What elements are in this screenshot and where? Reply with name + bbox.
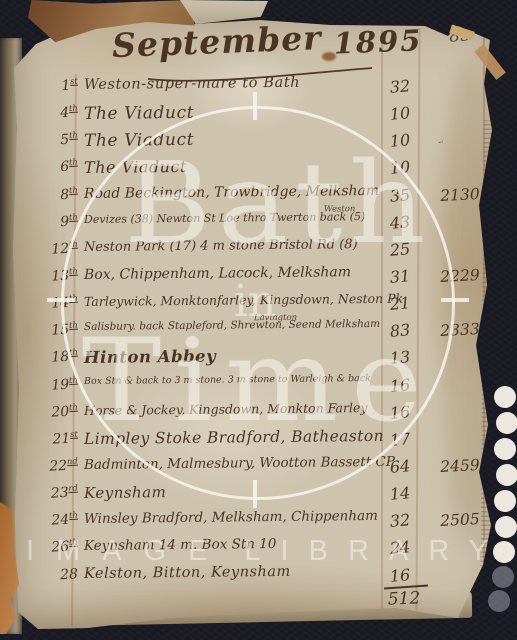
row-date: 21 xyxy=(52,431,71,448)
watermark-tick-top xyxy=(253,92,257,120)
row-date-suffix: th xyxy=(69,320,78,330)
ledger-row: 28 Kelston, Bitton, Keynsham 16 xyxy=(0,566,517,593)
row-miles: 17 xyxy=(377,428,422,451)
row-date: 18 xyxy=(51,349,70,366)
page-edge-scallop xyxy=(494,386,516,408)
ledger-row: 1st Weston-super-mare to Bath 32 xyxy=(0,77,517,104)
ledger-row: 26th Keynsham 14 m. Box Stn 10 24 xyxy=(0,538,517,565)
row-miles: 21 xyxy=(377,292,422,315)
photo-of-ledger-page: September1895 85 1st Weston-super-mare t… xyxy=(0,0,517,640)
row-cumulative: 2333 xyxy=(430,320,491,341)
row-entry: Tarleywick, Monktonfarley, Kingsdown, Ne… xyxy=(84,291,403,309)
row-date-suffix: th xyxy=(69,157,78,167)
row-date-suffix: st xyxy=(70,428,78,438)
row-date: 13 xyxy=(51,268,70,285)
row-miles: 64 xyxy=(377,455,422,478)
row-miles: 32 xyxy=(377,509,422,532)
page-edge-scallop xyxy=(492,566,514,588)
row-annotation: Weston xyxy=(324,204,356,214)
row-cumulative: 2505 xyxy=(430,510,491,531)
row-entry: Limpley Stoke Bradford, Batheaston xyxy=(84,427,384,448)
row-miles: 25 xyxy=(377,238,422,261)
page-edge-scallop xyxy=(493,541,515,563)
title-year: 1895 xyxy=(333,23,423,60)
row-date-suffix: th xyxy=(69,130,78,140)
row-miles: 16 xyxy=(377,374,422,397)
row-date: 19 xyxy=(51,376,70,393)
ledger-page: September1895 85 1st Weston-super-mare t… xyxy=(0,0,517,640)
row-miles: 83 xyxy=(377,319,422,342)
row-date-suffix: th xyxy=(69,401,78,411)
page-edge-scallop xyxy=(494,438,516,460)
row-miles: 10 xyxy=(377,129,422,152)
row-date: 12 xyxy=(51,241,70,258)
row-date: 20 xyxy=(51,403,70,420)
ledger-row: 9th WestonDevizes (38) Newton St Loe thr… xyxy=(0,213,517,240)
watermark-tick-right xyxy=(441,298,469,302)
row-miles: 35 xyxy=(377,184,422,207)
row-date-suffix: th xyxy=(69,347,78,357)
row-entry: Horse & Jockey, Kingsdown, Monkton Farle… xyxy=(84,400,368,418)
row-miles: 32 xyxy=(377,75,422,98)
ledger-row: 6th The Viaduct 10 xyxy=(0,158,517,185)
ledger-rows: 1st Weston-super-mare to Bath 32 4th The… xyxy=(0,77,517,593)
row-date: 24 xyxy=(51,512,70,529)
row-cumulative: 2130 xyxy=(430,184,491,205)
row-date-suffix: th xyxy=(69,211,78,221)
row-entry: The Viaduct xyxy=(84,157,187,177)
row-entry: The Viaduct xyxy=(84,130,194,151)
ledger-row: 18th Hinton Abbey 13 xyxy=(0,348,517,375)
row-entry: Weston-super-mare to Bath xyxy=(84,75,300,93)
page-edge-scallop xyxy=(488,590,510,612)
watermark-tick-bottom xyxy=(253,480,257,508)
row-miles: 14 xyxy=(377,482,422,505)
row-entry: Winsley Bradford, Melksham, Chippenham xyxy=(84,508,378,527)
row-date-suffix: nd xyxy=(67,456,78,467)
row-entry: Kelston, Bitton, Keynsham xyxy=(84,563,291,581)
row-entry: Box, Chippenham, Lacock, Melksham xyxy=(84,264,351,283)
row-entry: The Viaduct xyxy=(84,103,194,124)
ledger-row: 4th The Viaduct 10 xyxy=(0,104,517,131)
page-edge-scallop xyxy=(496,464,517,486)
row-entry: Hinton Abbey xyxy=(84,347,216,367)
row-cumulative: 2229 xyxy=(430,265,491,286)
row-date-suffix: th xyxy=(69,103,78,113)
title-month: September xyxy=(111,18,322,65)
ledger-row: 12th Neston Park (17) 4 m stone Bristol … xyxy=(0,240,517,267)
row-entry: Road Beckington, Trowbridge, Melksham xyxy=(84,182,379,201)
row-date-suffix: th xyxy=(69,374,78,384)
row-date-suffix: st xyxy=(70,76,78,86)
row-date: 23 xyxy=(50,485,69,502)
ledger-row: 20th Horse & Jockey, Kingsdown, Monkton … xyxy=(0,403,517,430)
ledger-row: 24th Winsley Bradford, Melksham, Chippen… xyxy=(0,511,517,538)
row-date-suffix: rd xyxy=(68,483,78,493)
row-cumulative: 2459 xyxy=(430,455,491,476)
row-date: 28 xyxy=(60,566,79,583)
row-date-suffix: th xyxy=(69,537,78,547)
row-miles: 16 xyxy=(377,401,422,424)
row-entry: Badminton, Malmesbury, Wootton Bassett C… xyxy=(84,454,395,473)
ledger-row: 23rd Keynsham 14 xyxy=(0,484,517,511)
row-cumulative xyxy=(430,75,490,78)
row-date-suffix: th xyxy=(69,266,78,276)
row-entry: Salisbury. back Stapleford, Shrewton, Se… xyxy=(84,318,380,333)
ledger-row: 22nd Badminton, Malmesbury, Wootton Bass… xyxy=(0,457,517,484)
row-entry: Neston Park (17) 4 m stone Bristol Rd (8… xyxy=(84,237,358,255)
ledger-row: 13th Box, Chippenham, Lacock, Melksham 3… xyxy=(0,267,517,294)
monthly-total: 512 xyxy=(378,588,431,610)
row-entry: Box Stn & back to 3 m stone. 3 m stone t… xyxy=(84,373,371,387)
row-miles: 13 xyxy=(377,347,422,370)
row-miles: 10 xyxy=(377,157,422,180)
row-date: 26 xyxy=(51,539,70,556)
row-miles: 31 xyxy=(377,265,422,288)
page-edge-scallop xyxy=(496,412,517,434)
row-date: 22 xyxy=(49,458,68,475)
row-entry: Keynsham 14 m. Box Stn 10 xyxy=(84,536,277,554)
row-annotation: Lavington xyxy=(254,313,297,323)
row-miles: 16 xyxy=(377,564,422,587)
row-date-suffix: th xyxy=(69,510,78,520)
row-date-suffix: th xyxy=(69,238,78,248)
page-edge-scallop xyxy=(495,516,517,538)
row-miles: 43 xyxy=(377,211,422,234)
row-miles: 10 xyxy=(377,102,422,125)
row-entry: Keynsham xyxy=(84,483,167,502)
ledger-row: 15th LavingtonSalisbury. back Stapleford… xyxy=(0,321,517,348)
watermark-tick-left xyxy=(47,298,75,302)
page-edge-scallop xyxy=(494,490,516,512)
ledger-row: 19th Box Stn & back to 3 m stone. 3 m st… xyxy=(0,376,517,403)
row-miles: 24 xyxy=(377,537,422,560)
ledger-row: 8th Road Beckington, Trowbridge, Melksha… xyxy=(0,186,517,213)
ledger-row: 21st Limpley Stoke Bradford, Batheaston … xyxy=(0,430,517,457)
row-date: 15 xyxy=(51,322,70,339)
row-date-suffix: th xyxy=(69,184,78,194)
